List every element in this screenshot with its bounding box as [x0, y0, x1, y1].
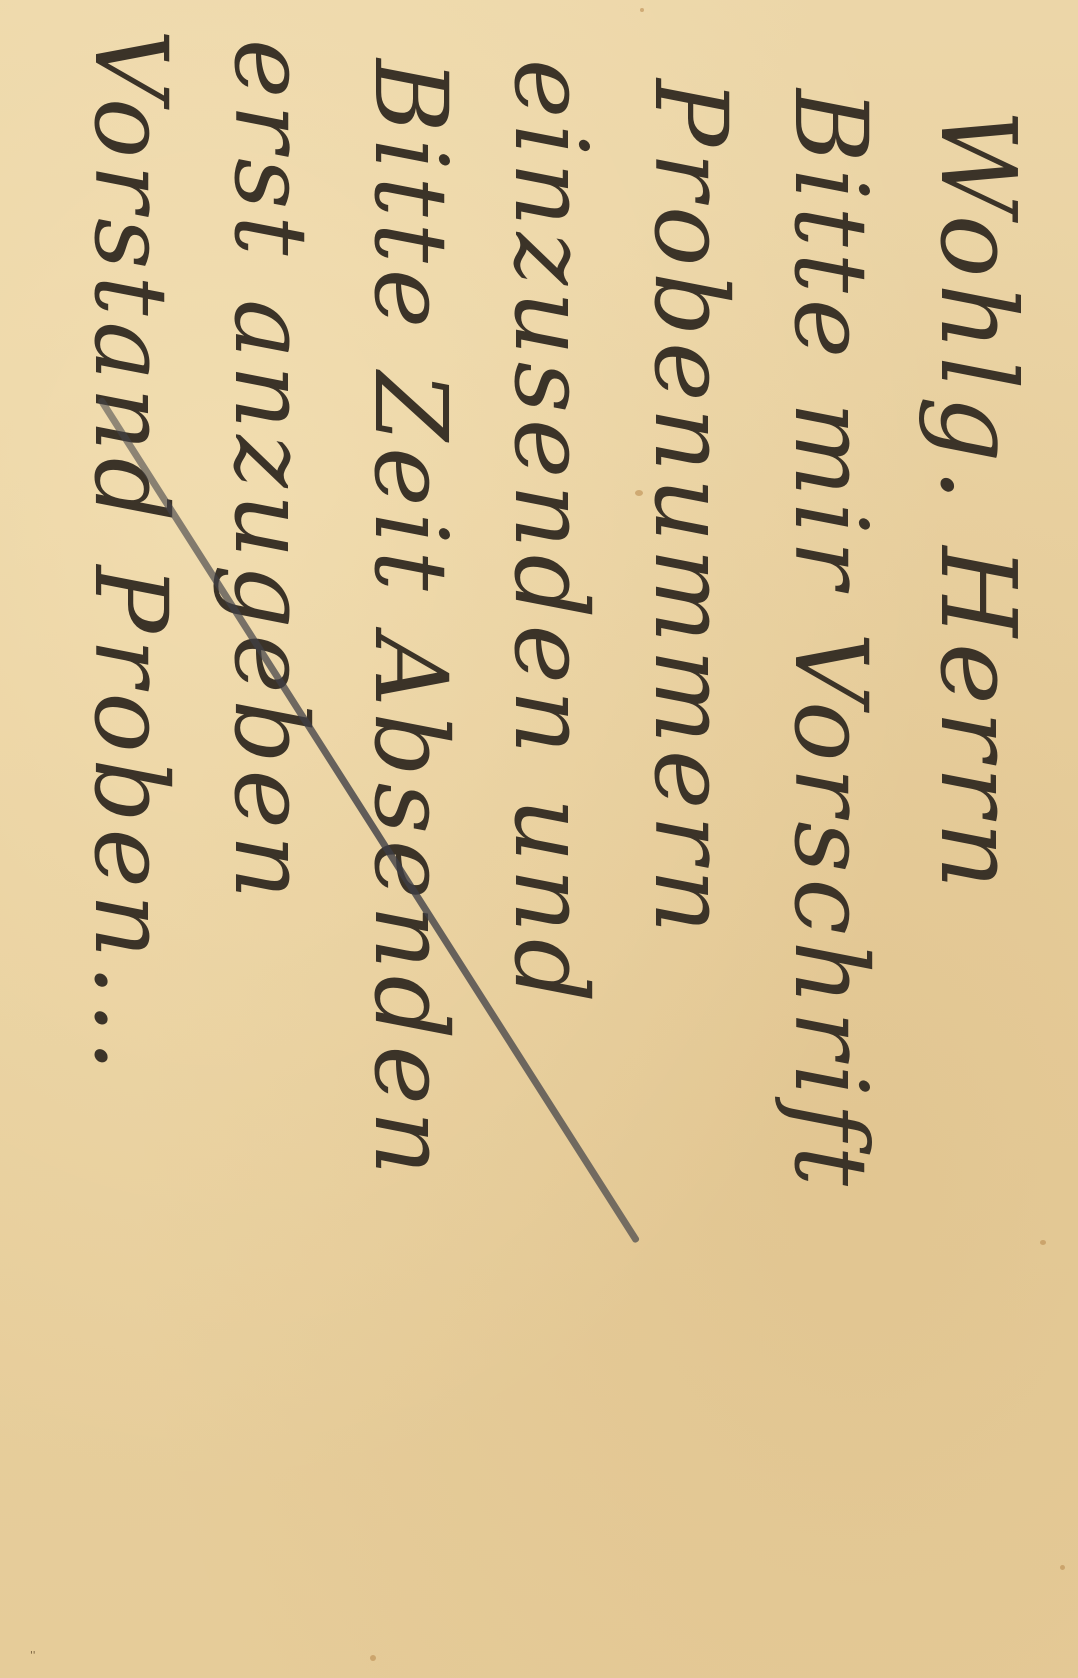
line-4: einzusenden und [492, 59, 609, 1009]
line-2: Bitte mir Vorschrift [772, 89, 889, 1192]
line-salutation: Wohlg. Herrn [917, 109, 1039, 895]
corner-mark: ꞌꞌ [30, 1650, 36, 1661]
line-6: erst anzugeben [212, 39, 329, 905]
handwritten-text: Wohlg. Herrn Bitte mir Vorschrift Proben… [19, 19, 1059, 1659]
line-3: Probenummern [632, 79, 749, 939]
paper-speck [1060, 1565, 1065, 1570]
line-5: Bitte Zeit Absenden [352, 59, 469, 1181]
line-7: Vorstand Proben... [72, 29, 189, 1078]
document-page: Wohlg. Herrn Bitte mir Vorschrift Proben… [0, 0, 1078, 1678]
paper-speck [640, 8, 644, 12]
